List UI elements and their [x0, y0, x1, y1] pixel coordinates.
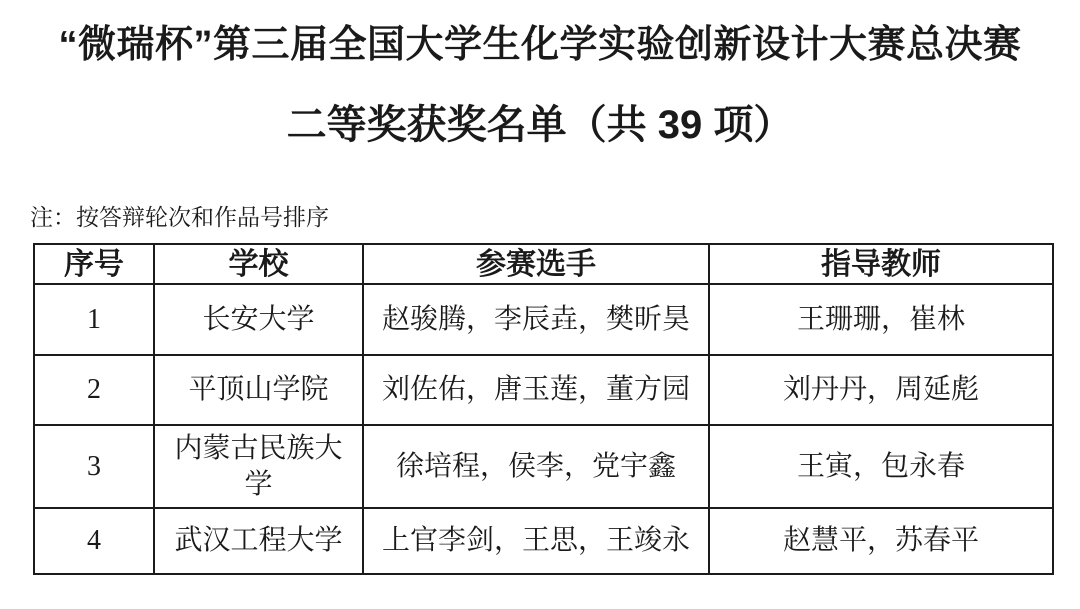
cell-advisors: 赵慧平，苏春平	[709, 508, 1053, 574]
document-page: “微瑞杯”第三届全国大学生化学实验创新设计大赛总决赛 二等奖获奖名单（共 39 …	[0, 0, 1080, 609]
header-row: 序号 学校 参赛选手 指导教师	[34, 244, 1053, 284]
cell-serial-number: 3	[34, 425, 154, 508]
header-contestants: 参赛选手	[363, 244, 709, 284]
cell-school: 内蒙古民族大学	[154, 425, 363, 508]
table-row: 2 平顶山学院 刘佐佑，唐玉莲，董方园 刘丹丹，周延彪	[34, 355, 1053, 425]
cell-advisors: 刘丹丹，周延彪	[709, 355, 1053, 425]
header-school: 学校	[154, 244, 363, 284]
award-table: 序号 学校 参赛选手 指导教师 1 长安大学 赵骏腾，李辰垚，樊昕昊 王珊珊，崔…	[33, 243, 1054, 575]
cell-school: 武汉工程大学	[154, 508, 363, 574]
cell-advisors: 王寅，包永春	[709, 425, 1053, 508]
cell-contestants: 刘佐佑，唐玉莲，董方园	[363, 355, 709, 425]
sort-note: 注：按答辩轮次和作品号排序	[30, 203, 329, 233]
cell-serial-number: 1	[34, 284, 154, 355]
header-serial-number: 序号	[34, 244, 154, 284]
award-table-body: 1 长安大学 赵骏腾，李辰垚，樊昕昊 王珊珊，崔林 2 平顶山学院 刘佐佑，唐玉…	[34, 284, 1053, 574]
document-subtitle: 二等奖获奖名单（共 39 项）	[0, 102, 1080, 148]
table-row: 1 长安大学 赵骏腾，李辰垚，樊昕昊 王珊珊，崔林	[34, 284, 1053, 355]
cell-serial-number: 2	[34, 355, 154, 425]
cell-contestants: 徐培程，侯李，党宇鑫	[363, 425, 709, 508]
document-title: “微瑞杯”第三届全国大学生化学实验创新设计大赛总决赛	[0, 24, 1080, 68]
cell-contestants: 赵骏腾，李辰垚，樊昕昊	[363, 284, 709, 355]
cell-advisors: 王珊珊，崔林	[709, 284, 1053, 355]
header-advisors: 指导教师	[709, 244, 1053, 284]
table-row: 3 内蒙古民族大学 徐培程，侯李，党宇鑫 王寅，包永春	[34, 425, 1053, 508]
cell-serial-number: 4	[34, 508, 154, 574]
table-row: 4 武汉工程大学 上官李剑，王思，王竣永 赵慧平，苏春平	[34, 508, 1053, 574]
award-table-header: 序号 学校 参赛选手 指导教师	[34, 244, 1053, 284]
cell-school: 长安大学	[154, 284, 363, 355]
cell-school: 平顶山学院	[154, 355, 363, 425]
cell-contestants: 上官李剑，王思，王竣永	[363, 508, 709, 574]
